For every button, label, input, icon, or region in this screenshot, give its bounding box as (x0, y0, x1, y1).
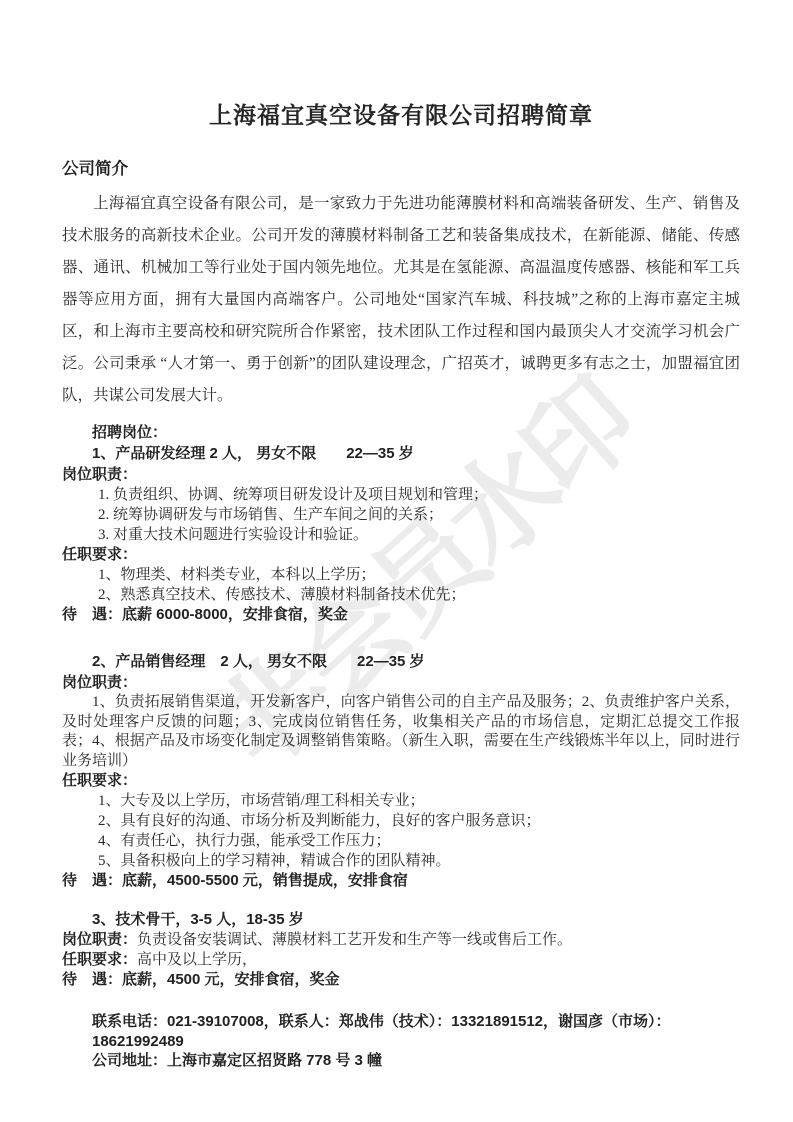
job-3-requirements-line: 任职要求：高中及以上学历， (62, 950, 740, 970)
job-1-duties-label: 岗位职责： (62, 464, 740, 485)
job-2-requirement-item: 1、大专及以上学历，市场营销/理工科相关专业； (62, 791, 740, 811)
job-2-requirement-item: 5、具备积极向上的学习精神，精诚合作的团队精神。 (62, 851, 740, 871)
job-1-requirement-item: 2、熟悉真空技术、传感技术、薄膜材料制备技术优先； (62, 585, 740, 605)
job-3-requirements-label: 任职要求： (62, 951, 137, 968)
job-3-salary-line: 待 遇：底薪，4500 元，安排食宿，奖金 (62, 970, 740, 990)
job-2-header: 2、产品销售经理 2 人， 男女不限 22—35 岁 (62, 651, 740, 672)
job-1-duty-item: 1. 负责组织、协调、统筹项目研发设计及项目规划和管理； (62, 485, 740, 505)
company-intro-paragraph: 上海福宜真空设备有限公司，是一家致力于先进功能薄膜材料和高端装备研发、生产、销售… (62, 188, 740, 412)
contact-phone-line: 联系电话：021-39107008，联系人：郑战伟（技术）：1332189151… (92, 1012, 740, 1051)
job-2-salary-line: 待 遇：底薪，4500-5500 元，销售提成，安排食宿 (62, 871, 740, 891)
contact-block: 联系电话：021-39107008，联系人：郑战伟（技术）：1332189151… (62, 1012, 740, 1071)
page-title: 上海福宜真空设备有限公司招聘简章 (62, 98, 740, 132)
job-1-requirements-label: 任职要求： (62, 545, 740, 565)
job-3-duties-text: 负责设备安装调试、薄膜材料工艺开发和生产等一线或售后工作。 (137, 932, 572, 948)
job-1-duty-item: 3. 对重大技术问题进行实验设计和验证。 (62, 525, 740, 545)
job-2-requirement-item: 2、具有良好的沟通、市场分析及判断能力，良好的客户服务意识； (62, 811, 740, 831)
job-2-duties-label: 岗位职责： (62, 672, 740, 693)
document-page: 非会员水印 上海福宜真空设备有限公司招聘简章 公司简介 上海福宜真空设备有限公司… (0, 0, 793, 1122)
job-2-requirements-label: 任职要求： (62, 771, 740, 791)
job-3-duties-line: 岗位职责：负责设备安装调试、薄膜材料工艺开发和生产等一线或售后工作。 (62, 930, 740, 950)
job-2-requirement-item: 4、有责任心，执行力强，能承受工作压力； (62, 831, 740, 851)
company-intro-heading: 公司简介 (62, 158, 740, 180)
job-1-requirement-item: 1、物理类、材料类专业，本科以上学历； (62, 565, 740, 585)
job-1-header: 1、产品研发经理 2 人， 男女不限 22—35 岁 (62, 443, 740, 464)
job-1-duty-item: 2. 统筹协调研发与市场销售、生产车间之间的关系； (62, 505, 740, 525)
recruit-positions-label: 招聘岗位： (62, 422, 740, 443)
job-1-salary-line: 待 遇：底薪 6000-8000，安排食宿，奖金 (62, 605, 740, 625)
document-content: 上海福宜真空设备有限公司招聘简章 公司简介 上海福宜真空设备有限公司，是一家致力… (0, 0, 793, 1071)
contact-address-line: 公司地址：上海市嘉定区招贤路 778 号 3 幢 (92, 1051, 740, 1071)
job-3-requirements-text: 高中及以上学历， (137, 952, 257, 968)
job-2-duties-paragraph: 1、负责拓展销售渠道，开发新客户，向客户销售公司的自主产品及服务；2、负责维护客… (62, 693, 740, 771)
job-3-duties-label: 岗位职责： (62, 931, 137, 948)
job-3-header: 3、技术骨干，3-5 人，18-35 岁 (62, 909, 740, 930)
